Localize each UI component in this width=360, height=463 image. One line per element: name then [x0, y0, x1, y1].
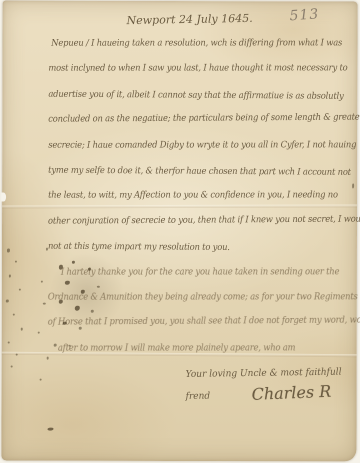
letter-line: the least, to witt, my Affection to you …: [48, 183, 328, 209]
dateline: Newport 24 July 1645.: [126, 12, 246, 27]
letter-line: tyme my selfe to doe it, & therfor haue …: [48, 158, 328, 185]
letter-line: other conjuration of secrecie to you, th…: [48, 206, 328, 233]
ink-blot: [47, 428, 53, 431]
ink-blot: [15, 261, 17, 263]
archival-number: 513: [289, 6, 320, 24]
ink-blots: [3, 1, 358, 2]
letter-line: I hartely thanke you for the care you ha…: [48, 259, 328, 285]
letter-line: of Horse that I promised you, you shall …: [48, 308, 328, 335]
letter-line: secrecie; I haue comanded Digby to wryte…: [48, 132, 328, 158]
letter-paper: 513 Newport 24 July 1645. Nepueu / I hau…: [1, 1, 357, 462]
ink-blot: [13, 314, 15, 316]
ink-blot: [43, 303, 46, 305]
letter-line: not at this tyme impart my resolution to…: [48, 234, 328, 261]
ink-blot: [11, 366, 13, 368]
ink-blot: [19, 289, 21, 291]
ink-blot: [41, 281, 43, 283]
closing-block: Your loving Uncle & most faithfull frend…: [186, 363, 356, 407]
ink-blot: [16, 354, 18, 356]
ink-blot: [38, 332, 40, 334]
letter-line: Nepueu / I haueing taken a resolution, w…: [48, 30, 328, 56]
ink-blot: [21, 328, 23, 331]
photograph-background: { "colors": { "bg": "#f6f3ea", "paper": …: [0, 0, 360, 463]
ink-blot: [7, 249, 10, 253]
signature: Charles R: [251, 382, 331, 404]
ink-blot: [6, 300, 9, 303]
letter-line: concluded on as the negatiue; the partic…: [48, 105, 328, 132]
letter-line: Ordnance & Amunition they being already …: [48, 284, 328, 310]
ink-blot: [9, 275, 11, 278]
ink-blot: [352, 183, 354, 188]
paper-tear: [1, 193, 6, 202]
ink-blot: [40, 379, 42, 381]
ink-blot: [8, 342, 10, 344]
letter-line: most inclyned to when I saw you last, I …: [48, 56, 328, 82]
letter-line: after to morrow I will make more plainel…: [48, 335, 328, 361]
